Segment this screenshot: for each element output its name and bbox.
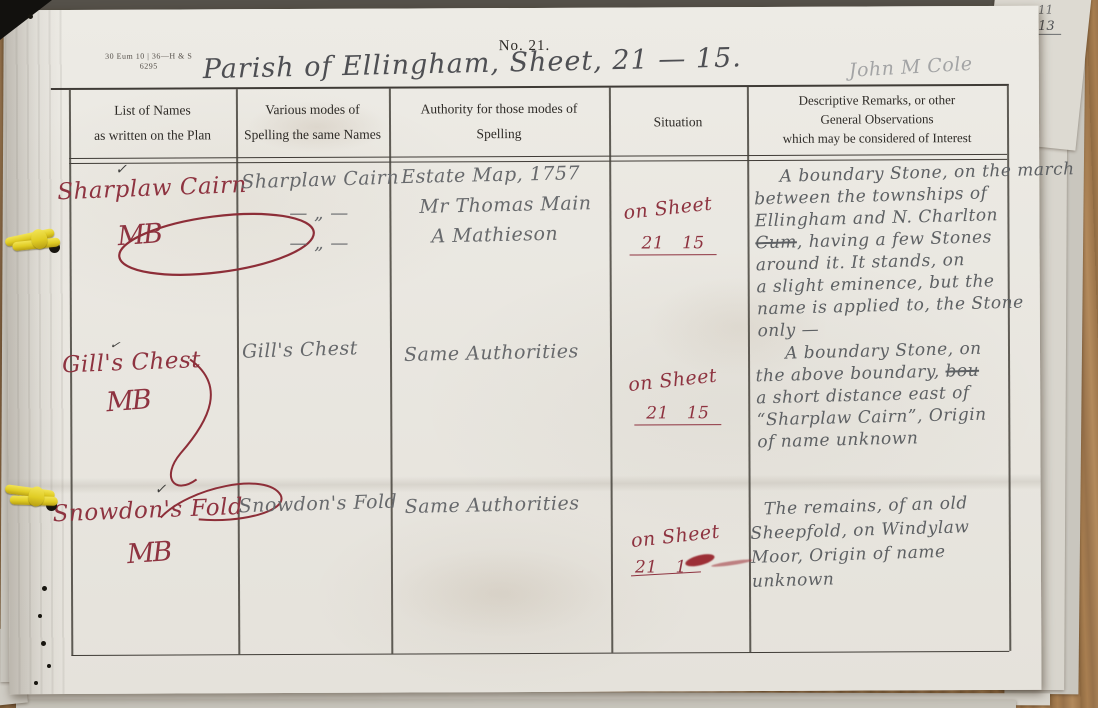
remarks-block: The remains, of an old Sheepfold, on Win… [749, 491, 971, 594]
table-bottom-rule [71, 651, 1009, 656]
situation-sheet-label: on Sheet [622, 193, 713, 225]
initials-monogram: MB [116, 218, 162, 252]
page-title-handwritten: Parish of Ellingham, Sheet, 21 — 15. [202, 42, 742, 85]
header-line: Spelling [389, 121, 609, 147]
page-stack-bottom-deep [16, 700, 1016, 708]
paper-speck [34, 681, 38, 685]
name-entry: Snowdon's Fold [52, 494, 243, 527]
column-header-situation: Situation [609, 95, 747, 135]
paper-speck [41, 641, 46, 646]
desk-scene: 11 13 30 Eum 10 | 36—H & S 6295 No. 21. … [0, 0, 1098, 708]
situation-sheet-label: on Sheet [630, 521, 721, 553]
column-divider-3 [609, 88, 613, 653]
remarks-block: A boundary Stone, on the march between t… [753, 158, 1078, 342]
document-page: 30 Eum 10 | 36—H & S 6295 No. 21. Parish… [7, 6, 1042, 694]
title-rule [51, 84, 1009, 90]
paper-speck [42, 586, 47, 591]
initials-monogram: MB [126, 536, 172, 570]
printers-stamp: 30 Eum 10 | 36—H & S 6295 [79, 51, 219, 72]
check-mark: ✓ [115, 162, 127, 178]
header-line: Descriptive Remarks, or other [747, 90, 1007, 110]
situation-sheet-number: 21 15 [629, 233, 716, 253]
surveyor-signature: John M Cole [848, 53, 973, 82]
paper-speck [28, 14, 33, 19]
remarks-block: A boundary Stone, on the above boundary,… [755, 338, 988, 454]
authority-entry: A Mathieson [431, 223, 558, 248]
corner-page-number-upper: 11 [1038, 2, 1054, 17]
remarks-line: of name unknown [757, 426, 987, 454]
struck-word: Cum [755, 232, 797, 253]
authority-entry: Same Authorities [404, 492, 579, 518]
authority-entry: Same Authorities [404, 340, 579, 366]
situation-value: 21 15 [629, 233, 716, 255]
struck-word: bou [945, 361, 979, 382]
ink-smear [711, 558, 753, 568]
stamp-line-1: 30 Eum 10 | 36—H & S [79, 51, 219, 62]
situation-sheet-number: 21 15 [634, 403, 721, 423]
authority-entry: Mr Thomas Main [419, 192, 592, 218]
header-line: Situation [609, 109, 747, 135]
column-header-authority: Authority for those modes of Spelling [389, 96, 609, 147]
header-line: List of Names [69, 97, 236, 123]
header-line: Authority for those modes of [389, 96, 609, 122]
spelling-entry: Gill's Chest [242, 337, 358, 363]
header-line: General Observations [747, 109, 1007, 129]
header-line: Spelling the same Names [236, 122, 389, 148]
stamp-line-2: 6295 [79, 61, 219, 72]
ditto-mark: — „ — [289, 203, 348, 224]
initials-monogram: MB [105, 384, 151, 418]
ditto-mark: — „ — [289, 233, 348, 254]
name-entry: Gill's Chest [62, 347, 202, 378]
paper-speck [38, 614, 42, 618]
header-line: as written on the Plan [69, 122, 236, 148]
check-mark: ✓ [155, 482, 167, 498]
situation-sheet-label: on Sheet [627, 365, 718, 397]
situation-value: 21 15 [634, 403, 721, 425]
spelling-entry: Sharplaw Cairn [241, 166, 399, 193]
header-line: which may be considered of Interest [747, 128, 1007, 148]
header-line: Various modes of [236, 97, 389, 123]
paper-stain [389, 548, 609, 639]
column-header-spelling-modes: Various modes of Spelling the same Names [236, 97, 389, 148]
binding-edge-shading [7, 10, 66, 694]
spelling-entry: Snowdon's Fold [238, 490, 397, 517]
name-entry: Sharplaw Cairn [57, 172, 247, 205]
paper-speck [47, 664, 51, 668]
column-header-remarks: Descriptive Remarks, or other General Ob… [747, 90, 1007, 148]
authority-entry: Estate Map, 1757 [401, 162, 580, 188]
column-header-names: List of Names as written on the Plan [69, 97, 236, 148]
